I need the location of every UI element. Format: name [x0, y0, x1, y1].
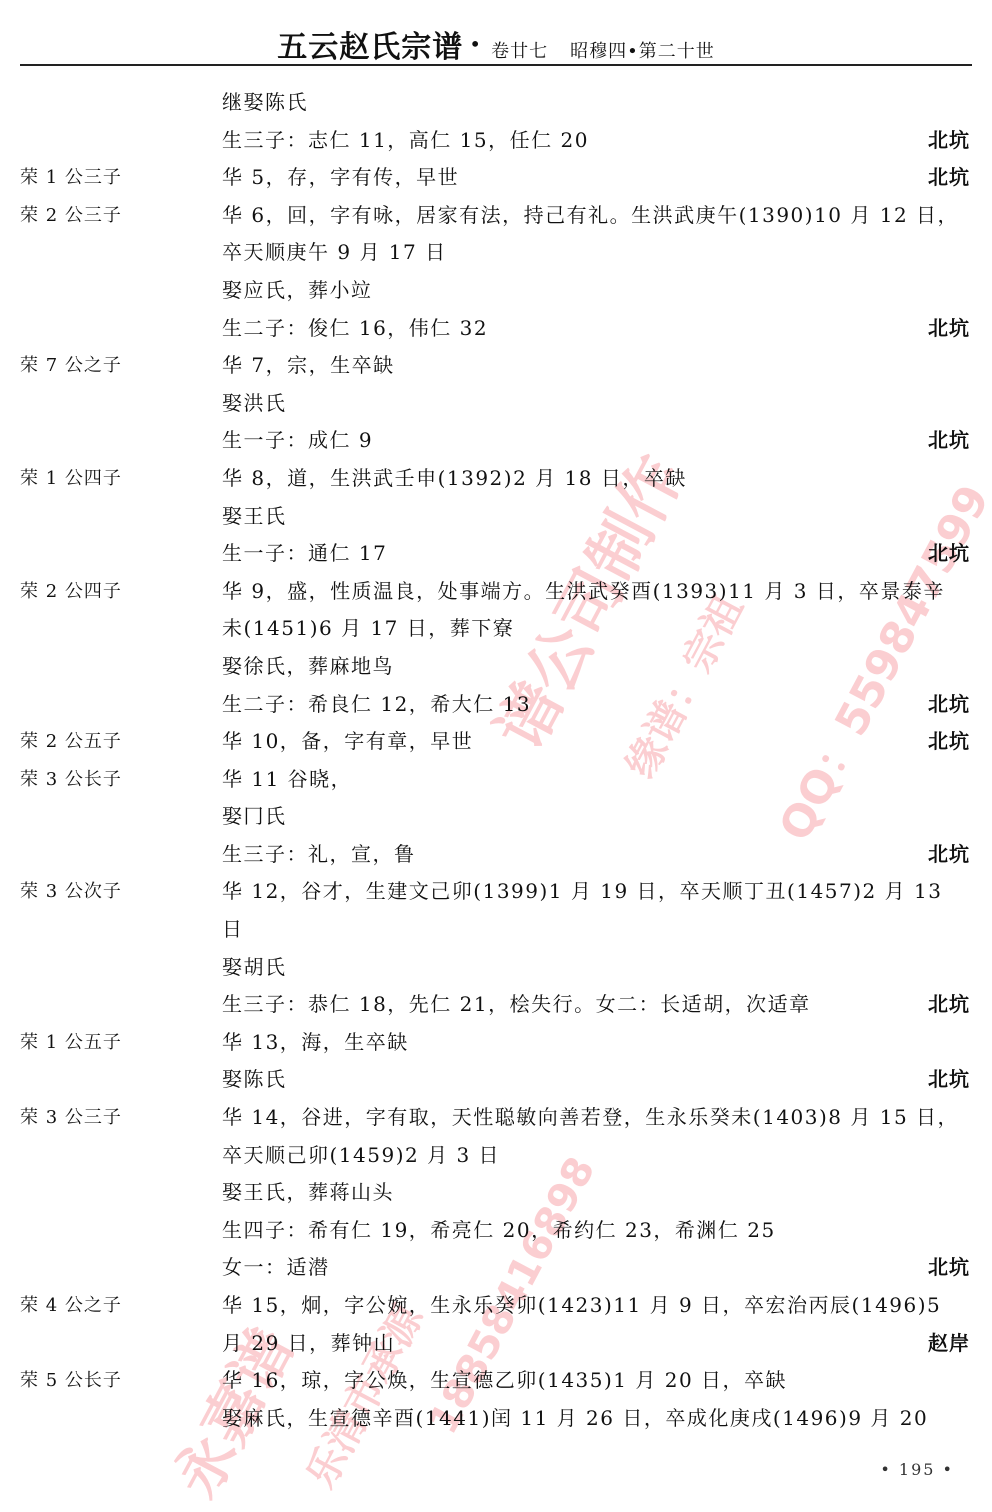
- entry-text: 娶麻氏，生宣德辛酉(1441)闰 11 月 26 日，卒成化庚戌(1496)9 …: [222, 1400, 928, 1438]
- entry-line: 卒天顺己卯(1459)2 月 3 日: [0, 1137, 992, 1175]
- entry-line: 生二子：俊仁 16，伟仁 32北坑: [0, 310, 992, 348]
- location-label: 北坑: [928, 1249, 970, 1287]
- entry-line: 荣 7 公之子华 7，宗，生卒缺: [0, 347, 992, 385]
- location-label: 北坑: [928, 535, 970, 573]
- lineage-label: 荣 1 公三子: [20, 159, 122, 197]
- location-label: 北坑: [928, 986, 970, 1024]
- entry-text: 华 14，谷进，字有取，天性聪敏向善若登，生永乐癸未(1403)8 月 15 日…: [222, 1099, 959, 1137]
- entry-line: 荣 1 公三子华 5，存，字有传，早世北坑: [0, 159, 992, 197]
- entry-text: 娶王氏: [222, 498, 287, 536]
- entry-line: 娶冂氏: [0, 798, 992, 836]
- genealogy-entries: 继娶陈氏生三子：志仁 11，高仁 15，任仁 20北坑荣 1 公三子华 5，存，…: [0, 84, 992, 1437]
- entry-line: 未(1451)6 月 17 日，葬下寮: [0, 610, 992, 648]
- location-label: 北坑: [928, 310, 970, 348]
- entry-line: 荣 4 公之子华 15，炯，字公婉，生永乐癸卯(1423)11 月 9 日，卒宏…: [0, 1287, 992, 1325]
- entry-line: 娶徐氏，葬麻地鸟: [0, 648, 992, 686]
- entry-text: 月 29 日，葬钟山: [222, 1325, 395, 1363]
- entry-text: 娶徐氏，葬麻地鸟: [222, 648, 394, 686]
- lineage-label: 荣 3 公长子: [20, 761, 122, 799]
- lineage-label: 荣 1 公四子: [20, 460, 122, 498]
- entry-line: 娶胡氏: [0, 949, 992, 987]
- entry-line: 生一子：成仁 9北坑: [0, 422, 992, 460]
- entry-line: 荣 1 公五子华 13，海，生卒缺: [0, 1024, 992, 1062]
- entry-text: 娶胡氏: [222, 949, 287, 987]
- location-label: 北坑: [928, 723, 970, 761]
- book-title: 五云赵氏宗谱: [277, 30, 463, 65]
- entry-line: 荣 1 公四子华 8，道，生洪武壬申(1392)2 月 18 日，卒缺: [0, 460, 992, 498]
- lineage-label: 荣 2 公四子: [20, 573, 122, 611]
- entry-text: 生四子：希有仁 19，希亮仁 20，希约仁 23，希渊仁 25: [222, 1212, 776, 1250]
- entry-line: 荣 3 公次子华 12，谷才，生建文己卯(1399)1 月 19 日，卒天顺丁丑…: [0, 873, 992, 911]
- entry-text: 娶陈氏: [222, 1061, 287, 1099]
- entry-text: 未(1451)6 月 17 日，葬下寮: [222, 610, 514, 648]
- location-label: 北坑: [928, 422, 970, 460]
- lineage-label: 荣 3 公三子: [20, 1099, 122, 1137]
- entry-line: 生二子：希良仁 12，希大仁 13北坑: [0, 686, 992, 724]
- entry-line: 娶麻氏，生宣德辛酉(1441)闰 11 月 26 日，卒成化庚戌(1496)9 …: [0, 1400, 992, 1438]
- entry-line: 卒天顺庚午 9 月 17 日: [0, 234, 992, 272]
- entry-text: 华 9，盛，性质温良，处事端方。生洪武癸酉(1393)11 月 3 日，卒景泰辛: [222, 573, 945, 611]
- entry-line: 日: [0, 911, 992, 949]
- entry-text: 生三子：志仁 11，高仁 15，任仁 20: [222, 122, 589, 160]
- entry-text: 华 5，存，字有传，早世: [222, 159, 459, 197]
- entry-line: 生三子：礼，宣，鲁北坑: [0, 836, 992, 874]
- entry-line: 荣 3 公三子华 14，谷进，字有取，天性聪敏向善若登，生永乐癸未(1403)8…: [0, 1099, 992, 1137]
- lineage-label: 荣 2 公三子: [20, 197, 122, 235]
- entry-text: 娶王氏，葬蒋山头: [222, 1174, 394, 1212]
- entry-text: 华 12，谷才，生建文己卯(1399)1 月 19 日，卒天顺丁丑(1457)2…: [222, 873, 942, 911]
- entry-line: 荣 2 公四子华 9，盛，性质温良，处事端方。生洪武癸酉(1393)11 月 3…: [0, 573, 992, 611]
- entry-text: 女一：适潜: [222, 1249, 330, 1287]
- entry-text: 生二子：希良仁 12，希大仁 13: [222, 686, 531, 724]
- entry-text: 华 13，海，生卒缺: [222, 1024, 409, 1062]
- location-label: 北坑: [928, 686, 970, 724]
- entry-text: 娶冂氏: [222, 798, 287, 836]
- header-separator: •: [469, 32, 481, 56]
- entry-line: 生一子：通仁 17北坑: [0, 535, 992, 573]
- entry-line: 荣 2 公五子华 10，备，字有章，早世北坑: [0, 723, 992, 761]
- entry-text: 娶应氏，葬小竝: [222, 272, 373, 310]
- lineage-label: 荣 4 公之子: [20, 1287, 122, 1325]
- entry-text: 华 16，琼，字公焕，生宣德乙卯(1435)1 月 20 日，卒缺: [222, 1362, 787, 1400]
- location-label: 北坑: [928, 1061, 970, 1099]
- entry-line: 荣 5 公长子华 16，琼，字公焕，生宣德乙卯(1435)1 月 20 日，卒缺: [0, 1362, 992, 1400]
- entry-text: 生一子：成仁 9: [222, 422, 373, 460]
- entry-text: 日: [222, 911, 244, 949]
- location-label: 北坑: [928, 122, 970, 160]
- entry-text: 华 7，宗，生卒缺: [222, 347, 395, 385]
- entry-line: 娶应氏，葬小竝: [0, 272, 992, 310]
- entry-line: 荣 2 公三子华 6，回，字有咏，居家有法，持己有礼。生洪武庚午(1390)10…: [0, 197, 992, 235]
- section-label: 昭穆四•第二十世: [570, 41, 715, 62]
- entry-line: 生三子：志仁 11，高仁 15，任仁 20北坑: [0, 122, 992, 160]
- entry-line: 继娶陈氏: [0, 84, 992, 122]
- entry-text: 华 6，回，字有咏，居家有法，持己有礼。生洪武庚午(1390)10 月 12 日…: [222, 197, 959, 235]
- entry-text: 华 10，备，字有章，早世: [222, 723, 473, 761]
- entry-line: 娶洪氏: [0, 385, 992, 423]
- entry-line: 月 29 日，葬钟山赵岸: [0, 1325, 992, 1363]
- location-label: 北坑: [928, 836, 970, 874]
- entry-text: 华 15，炯，字公婉，生永乐癸卯(1423)11 月 9 日，卒宏治丙辰(149…: [222, 1287, 941, 1325]
- entry-line: 女一：适潜北坑: [0, 1249, 992, 1287]
- page-number: • 195 •: [880, 1460, 954, 1479]
- entry-text: 华 8，道，生洪武壬申(1392)2 月 18 日，卒缺: [222, 460, 687, 498]
- entry-text: 娶洪氏: [222, 385, 287, 423]
- entry-text: 生三子：礼，宣，鲁: [222, 836, 416, 874]
- lineage-label: 荣 1 公五子: [20, 1024, 122, 1062]
- header-rule: [20, 64, 972, 66]
- entry-line: 生三子：恭仁 18，先仁 21，桧失行。女二：长适胡，次适章北坑: [0, 986, 992, 1024]
- entry-text: 卒天顺己卯(1459)2 月 3 日: [222, 1137, 500, 1175]
- lineage-label: 荣 7 公之子: [20, 347, 122, 385]
- entry-text: 生三子：恭仁 18，先仁 21，桧失行。女二：长适胡，次适章: [222, 986, 811, 1024]
- lineage-label: 荣 5 公长子: [20, 1362, 122, 1400]
- entry-line: 荣 3 公长子华 11 谷晓，: [0, 761, 992, 799]
- entry-text: 华 11 谷晓，: [222, 761, 352, 799]
- entry-text: 卒天顺庚午 9 月 17 日: [222, 234, 447, 272]
- entry-text: 生一子：通仁 17: [222, 535, 387, 573]
- lineage-label: 荣 3 公次子: [20, 873, 122, 911]
- entry-text: 生二子：俊仁 16，伟仁 32: [222, 310, 488, 348]
- entry-line: 娶陈氏北坑: [0, 1061, 992, 1099]
- entry-line: 生四子：希有仁 19，希亮仁 20，希约仁 23，希渊仁 25: [0, 1212, 992, 1250]
- page-header: 五云赵氏宗谱•卷廿七昭穆四•第二十世: [0, 22, 992, 66]
- entry-text: 继娶陈氏: [222, 84, 308, 122]
- location-label: 北坑: [928, 159, 970, 197]
- lineage-label: 荣 2 公五子: [20, 723, 122, 761]
- volume-label: 卷廿七: [491, 41, 548, 62]
- entry-line: 娶王氏，葬蒋山头: [0, 1174, 992, 1212]
- location-label: 赵岸: [928, 1325, 970, 1363]
- entry-line: 娶王氏: [0, 498, 992, 536]
